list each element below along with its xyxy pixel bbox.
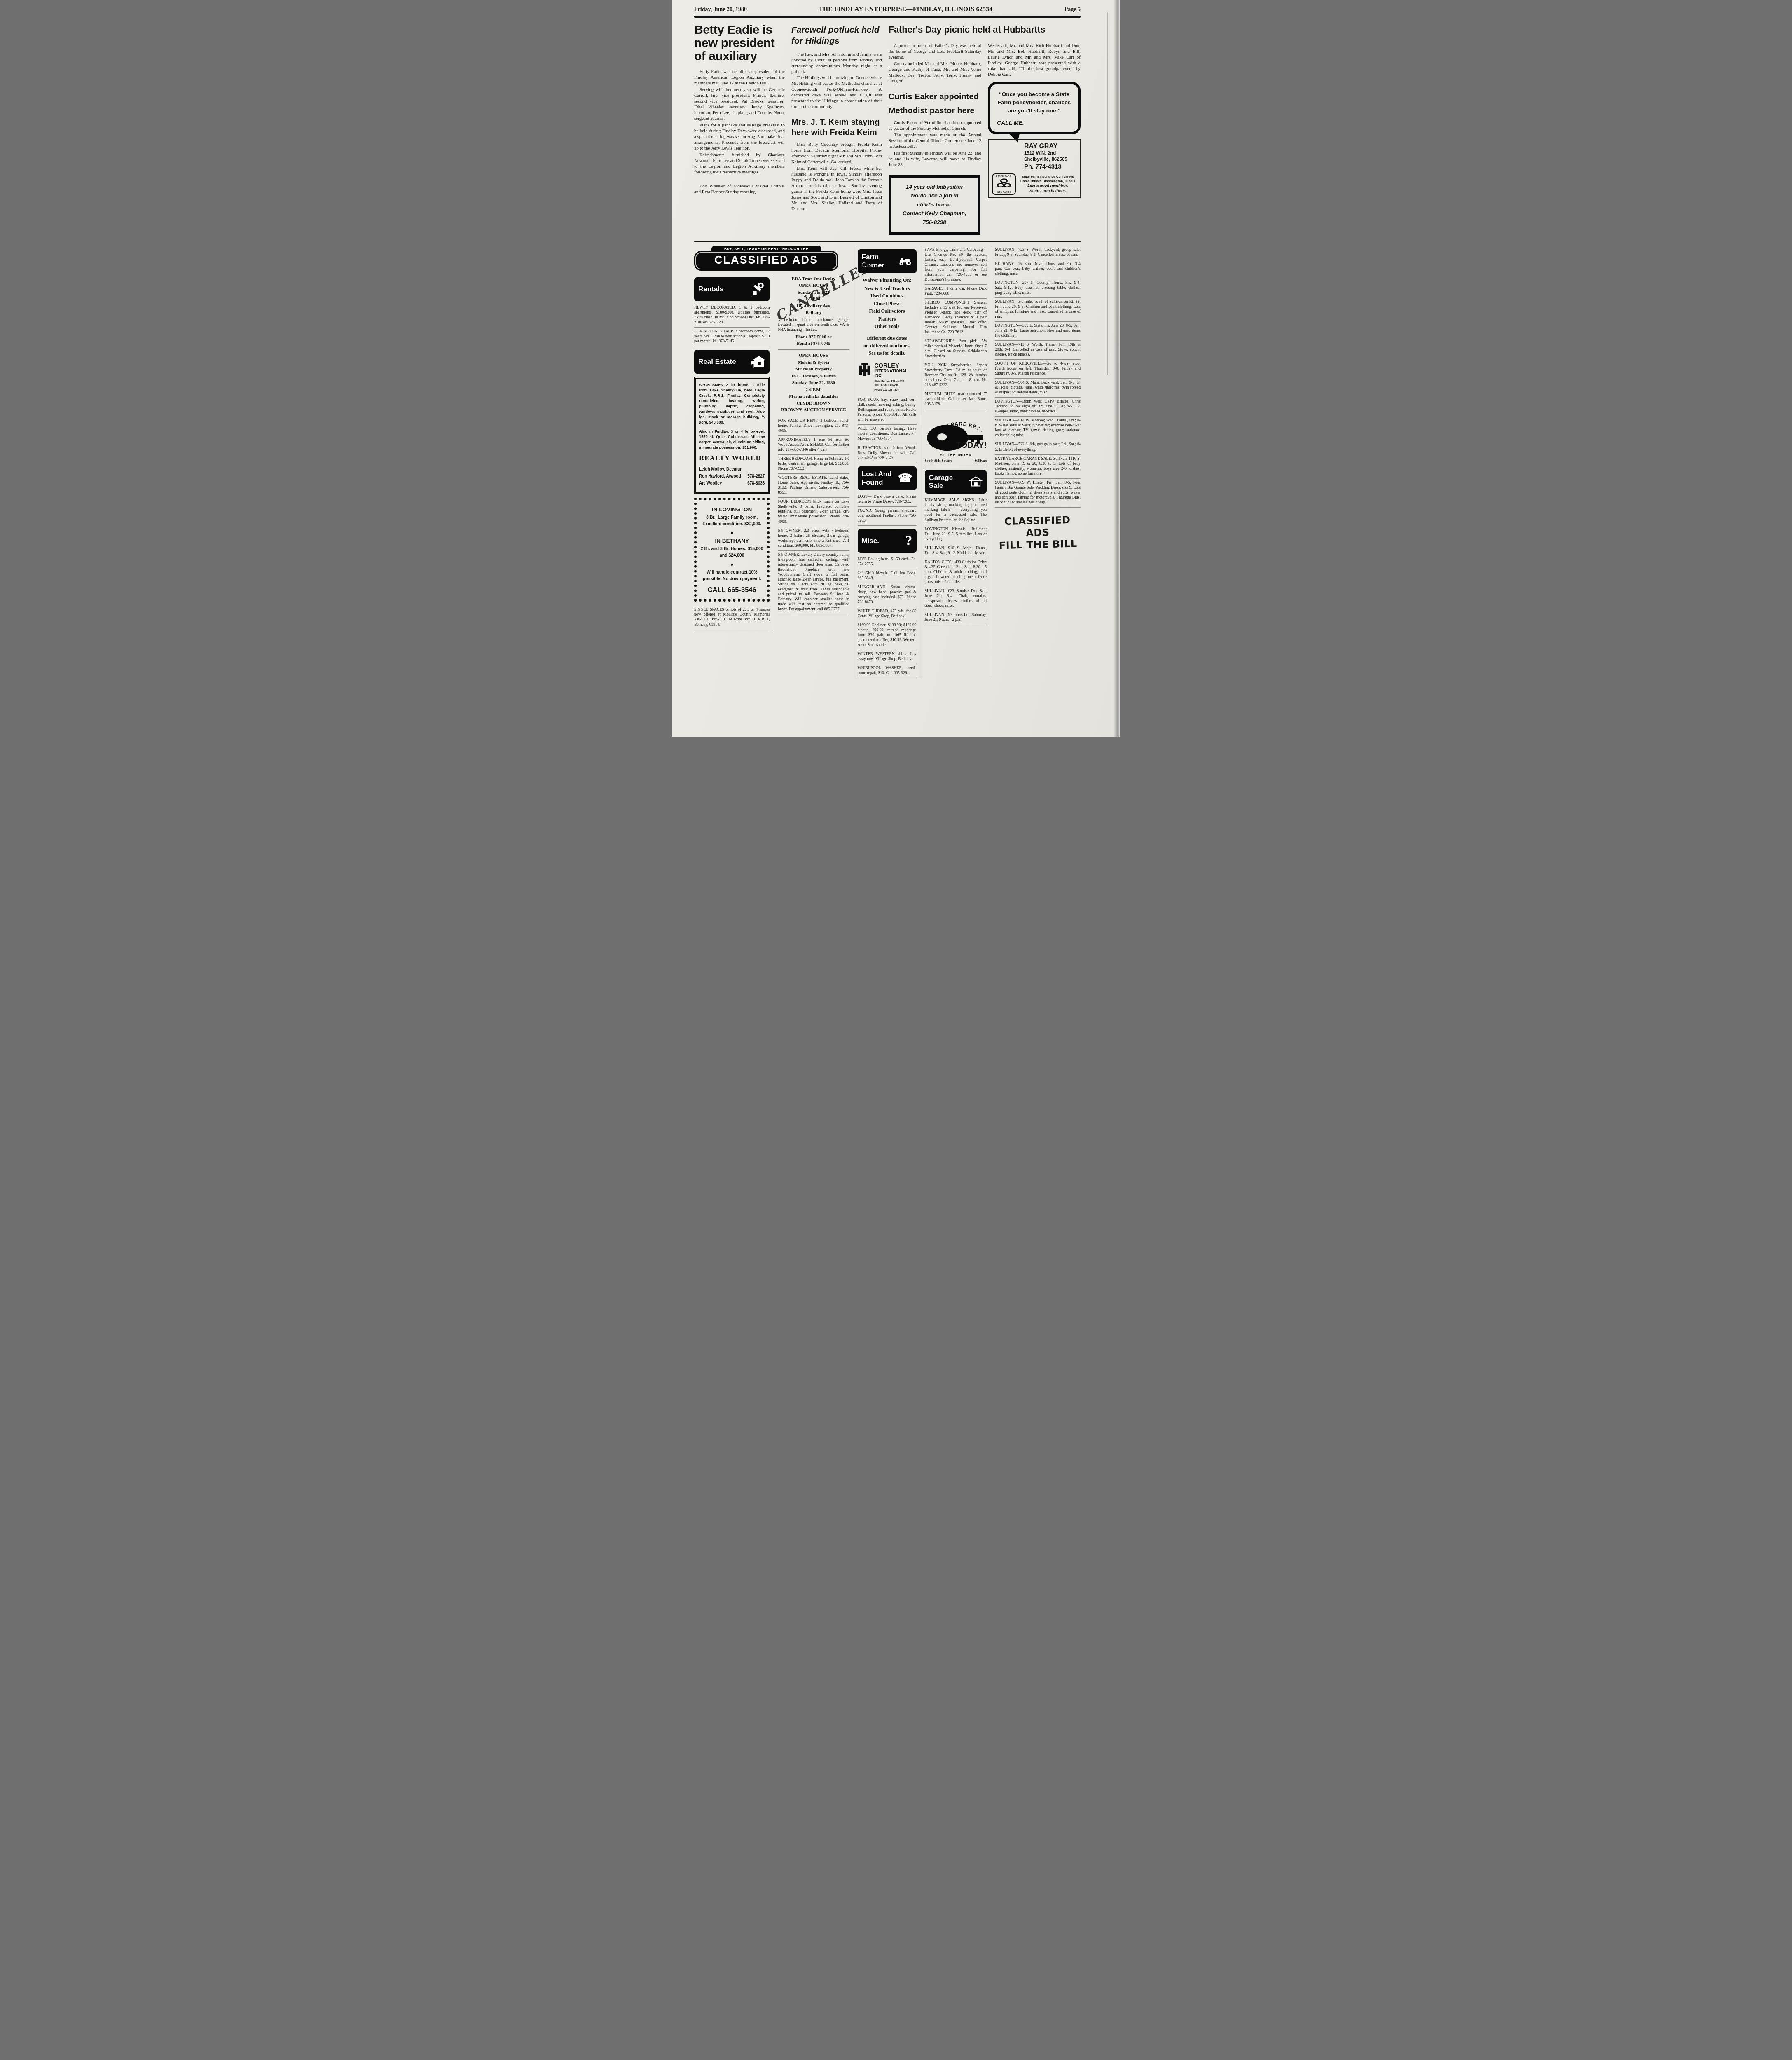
- slogan-line: Like a good neighbor,: [1019, 183, 1076, 189]
- classified-ad: SULLIVAN—522 S. 6th, garage in rear; Fri…: [995, 440, 1081, 454]
- eaker-headline-line2: Methodist pastor here: [889, 106, 981, 116]
- classified-ad: BY OWNER: 2.3 acres with 4-bedroom home,…: [778, 527, 849, 551]
- waiver-item: Field Cultivators: [858, 307, 917, 315]
- lovington-text: 3 Br., Large Family room. Excellent cond…: [700, 515, 763, 528]
- betty-eadie-article: Betty Eadie is new president of auxiliar…: [694, 23, 785, 235]
- picnic-eaker-columns: Father's Day picnic held at Hubbartts A …: [889, 23, 1081, 235]
- bethany-text: 2 Br. and 3 Br. Homes. $15,000 and $24,0…: [700, 546, 763, 559]
- open-house-line: BROWN'S AUCTION SERVICE: [778, 407, 849, 414]
- corley-address-line: SULLIVAN ILLINOIS: [874, 384, 916, 388]
- corley-name: CORLEY: [874, 363, 916, 369]
- babysitter-phone: 756-8298: [894, 218, 975, 227]
- contract-text: Will handle contract 10% possible. No do…: [700, 569, 763, 583]
- header-date: Friday, June 20, 1980: [694, 7, 747, 13]
- keim-headline: Mrs. J. T. Keim staying here with Freida…: [791, 117, 882, 138]
- garage-sale-banner: Garage Sale: [925, 470, 987, 494]
- classified-ad: FOR SALE OR RENT: 3 bedroom ranch home, …: [778, 417, 849, 436]
- picnic-right-column: Westervelt, Mr. and Mrs. Rich Hubbartt a…: [988, 43, 1081, 235]
- classified-ad: DALTON CITY—430 Christine Drive & 435 Gr…: [925, 558, 987, 587]
- house-sold-icon: [750, 355, 765, 368]
- agent-name: Ron Hayford, Atwood: [699, 474, 741, 479]
- real-estate-banner: Real Estate: [694, 350, 770, 374]
- stricklan-open-house-ad: OPEN HOUSE Melvin & Sylvia Stricklan Pro…: [778, 350, 849, 417]
- agent-row: Leigh Molloy, Decatur: [699, 467, 765, 472]
- classified-ad: LOVINGTON. SHARP. 3 bedroom home, 17 yea…: [694, 328, 770, 346]
- waiver-item: Chisel Plows: [858, 300, 917, 308]
- classified-ad: SLINGERLAND Snare drums, sharp, new head…: [858, 583, 917, 607]
- news-paragraph: A picnic in honor of Father's Day was he…: [889, 43, 981, 61]
- farewell-headline: Farewell potluck held for Hildings: [791, 24, 882, 47]
- classified-ad: LOVINGTON—Kiwanis Building; Fri., June 2…: [925, 525, 987, 544]
- fill-bill-line: CLASSIFIED ADS: [994, 514, 1081, 540]
- era-line: Bethany: [778, 309, 849, 316]
- classified-ad: $169.99 Recliner, $139.99; $139.99 dinet…: [858, 621, 917, 650]
- classified-ad: H TRACTOR with 6 foot Woods Bros. Delly …: [858, 444, 917, 463]
- classified-ad: SULLIVAN—97 Pifers Ln.; Saturday, June 2…: [925, 611, 987, 625]
- page-content: Friday, June 20, 1980 THE FINDLAY ENTERP…: [672, 0, 1120, 689]
- classified-column-1: Rentals NEWLY DECORATED. 1 & 2 bedr: [694, 274, 770, 630]
- waiver-title: Waiver Financing On:: [858, 277, 917, 283]
- agent-row: Art Woolley 678-8033: [699, 481, 765, 486]
- classified-column-3: Farm Corner Waiver: [854, 246, 917, 679]
- agent-phone: Ph. 774-4313: [1024, 163, 1076, 170]
- garage-house-icon: [969, 475, 983, 488]
- bullet-separator: ●: [700, 561, 763, 567]
- agent-address-line: Shelbyville, Il62565: [1024, 157, 1076, 163]
- tri-oval-icon: [995, 177, 1013, 189]
- news-paragraph: Mrs. Keim will stay with Freida while he…: [791, 166, 882, 212]
- classified-left-block: BUY, SELL, TRADE OR RENT THROUGH THE CLA…: [694, 246, 849, 679]
- classified-ad: BETHANY—15 Elm Drive; Thurs. and Fri., 9…: [995, 260, 1081, 279]
- corley-address-line: State Routes 121 and 32: [874, 380, 916, 384]
- findlay-ad-text: Also in Findlay. 3 or 4 br bi-level. 155…: [699, 429, 765, 450]
- classified-ad: NEWLY DECORATED. 1 & 2 bedroom apartment…: [694, 304, 770, 328]
- lost-ad: LOST— Dark brown cane. Please return to …: [858, 493, 917, 507]
- masthead-tagline: BUY, SELL, TRADE OR RENT THROUGH THE: [711, 246, 821, 252]
- classified-ad: EXTRA LARGE GARAGE SALE: Sullivan, 1116 …: [995, 455, 1081, 479]
- section-divider-rule: [694, 241, 1081, 242]
- open-house-line: 16 E. Jackson, Sullivan: [778, 373, 849, 380]
- agent-phone: 578-2827: [747, 474, 765, 479]
- newspaper-masthead: THE FINDLAY ENTERPRISE—FINDLAY, ILLINOIS…: [819, 6, 993, 13]
- classified-ad: SULLIVAN—910 S. Main; Thurs., Fri., 8-4;…: [925, 544, 987, 558]
- waiver-note: See us for details.: [858, 349, 917, 357]
- classified-ad: SULLIVAN—904 S. Main, Back yard; Sat.; 9…: [995, 379, 1081, 398]
- agent-name: Art Woolley: [699, 481, 722, 486]
- eaker-headline: Curtis Eaker appointed Methodist pastor …: [889, 92, 981, 116]
- open-house-line: CLYDE BROWN: [778, 400, 849, 407]
- realty-world-brand: REALTY WORLD: [699, 454, 765, 462]
- slogan-line: State Farm is there.: [1019, 189, 1076, 194]
- classified-column-2: ERA Tract One Realty OPEN HOUSE Sunday, …: [774, 274, 849, 630]
- open-house-line: OPEN HOUSE: [778, 352, 849, 359]
- farm-corner-banner: Farm Corner: [858, 249, 917, 273]
- classified-ad: SULLIVAN—3½ miles south of Sullivan on R…: [995, 298, 1081, 322]
- waiver-item: Planters: [858, 315, 917, 323]
- news-paragraph: Miss Betty Coventry brought Freida Keim …: [791, 142, 882, 165]
- classified-ad: YOU PICK Strawberries. Sapp's Strawberry…: [925, 361, 987, 390]
- news-paragraph: Westervelt, Mr. and Mrs. Rich Hubbartt a…: [988, 43, 1081, 78]
- babysitter-ad: 14 year old babysitter would like a job …: [889, 175, 980, 235]
- lost-and-found-banner-label: Lost And Found: [862, 470, 896, 486]
- classified-ad: WHITE THREAD, 475 yds. for 89 Cents. Vil…: [858, 607, 917, 621]
- lost-and-found-banner: Lost And Found ☎: [858, 466, 917, 490]
- call-number: CALL 665-3546: [700, 586, 763, 594]
- era-open-house-ad: ERA Tract One Realty OPEN HOUSE Sunday, …: [778, 274, 849, 350]
- misc-banner: Misc. ?: [858, 529, 917, 553]
- misc-banner-label: Misc.: [862, 537, 880, 545]
- agent-address-line: 1512 W.N. 2nd: [1024, 150, 1076, 157]
- classified-ad: THREE BEDROOM. Home in Sullivan. 1½ bath…: [778, 455, 849, 474]
- realty-world-ad: SPORTSMEN 3 br home, 1 mile from Lake Sh…: [695, 378, 769, 493]
- company-line: State Farm Insurance Companies: [1019, 174, 1076, 179]
- era-body-text: 3 bedroom home, mechanics garage. Locate…: [778, 318, 849, 332]
- classified-ad: WOOTERS REAL ESTATE. Land Sales, Home Sa…: [778, 474, 849, 498]
- page-header: Friday, June 20, 1980 THE FINDLAY ENTERP…: [694, 6, 1081, 13]
- rentals-banner: Rentals: [694, 277, 770, 301]
- news-paragraph: Plans for a pancake and sausage breakfas…: [694, 123, 785, 152]
- classified-ad: SAVE Energy, Time and Carpeting—Use Chem…: [925, 246, 987, 285]
- state-farm-quote: “Once you become a State Farm policyhold…: [994, 90, 1075, 115]
- classified-ad: SULLIVAN—723 S. Worth, backyard, group s…: [995, 246, 1081, 260]
- waiver-note: on different machines.: [858, 342, 917, 349]
- open-house-line: Myrna Jedlicka daughter: [778, 393, 849, 400]
- waiver-item: New & Used Tractors: [858, 285, 917, 293]
- classified-ad: SULLIVAN—623 Sunrise Dr.; Sat., June 21;…: [925, 587, 987, 611]
- call-me-text: CALL ME.: [997, 119, 1075, 126]
- news-paragraph: His first Sunday in Findlay will be June…: [889, 151, 981, 168]
- key-ad-left-text: South Side Square: [925, 459, 952, 463]
- news-paragraph: Guests included Mr. and Mrs. Morris Hubb…: [889, 61, 981, 84]
- newspaper-page: Friday, June 20, 1980 THE FINDLAY ENTERP…: [672, 0, 1120, 737]
- classified-section: BUY, SELL, TRADE OR RENT THROUGH THE CLA…: [694, 246, 1081, 679]
- agent-name: Leigh Molloy, Decatur: [699, 467, 742, 472]
- classified-ad: 24" Girl's bicycle. Call Joe Bone, 665-3…: [858, 569, 917, 583]
- classified-column-4: SAVE Energy, Time and Carpeting—Use Chem…: [921, 246, 987, 679]
- question-mark-icon: ?: [905, 535, 912, 546]
- news-paragraph: Refreshments furnished by Charlotte Newm…: [694, 152, 785, 176]
- waiver-item: Used Combines: [858, 292, 917, 300]
- classified-ad: SULLIVAN—711 S. Worth, Thurs., Fri., 19t…: [995, 341, 1081, 360]
- classified-ad: SULLIVAN—809 W. Hunter, Fri., Sat., 8-5.…: [995, 479, 1081, 508]
- state-farm-logo-icon: STATE FARM: [992, 173, 1016, 195]
- key-ad-right-text: Sullivan: [974, 459, 987, 463]
- picnic-headline: Father's Day picnic held at Hubbartts: [889, 24, 1081, 35]
- waiver-financing-ad: Waiver Financing On: New & Used Tractors…: [858, 276, 917, 361]
- in-lovington-ad: IN LOVINGTON 3 Br., Large Family room. E…: [694, 498, 770, 602]
- classified-ad: BY OWNER: Lovely 2-story country home, l…: [778, 551, 849, 614]
- fill-bill-line: FILL THE BILL: [995, 538, 1081, 552]
- found-ad: FOUND: Young german shephard dog, southe…: [858, 507, 917, 526]
- babysitter-ad-line: child's home.: [894, 200, 975, 209]
- corley-address-line: Phone 217 728 7364: [874, 388, 916, 392]
- era-line: OPEN HOUSE: [778, 282, 849, 289]
- open-house-line: 2-4 P.M.: [778, 386, 849, 393]
- tractor-icon: [898, 255, 912, 267]
- babysitter-ad-line: 14 year old babysitter: [894, 183, 975, 192]
- open-house-line: Stricklan Property: [778, 366, 849, 373]
- classified-ad: LOVINGTON—Bolin West Okaw Estates, Chris…: [995, 398, 1081, 417]
- classified-ad: SOUTH OF KIRKSVILLE—Go to 4-way stop, fo…: [995, 360, 1081, 379]
- ih-logo-icon: [858, 363, 872, 377]
- farewell-keim-column: Farewell potluck held for Hildings The R…: [791, 23, 882, 235]
- classified-ad: FOR YOUR hay, straw and corn stalk needs…: [858, 396, 917, 425]
- lovington-heading: IN LOVINGTON: [700, 506, 763, 513]
- news-paragraph: The Hildings will be moving to Oconee wh…: [791, 75, 882, 110]
- classified-ad: GARAGES, 1 & 2 car. Phone Dick Piatt, 72…: [925, 285, 987, 299]
- classified-ads-title: CLASSIFIED ADS: [694, 251, 838, 271]
- agent-phone: 678-8033: [747, 481, 765, 486]
- logo-sublabel: INSURANCE: [993, 191, 1015, 193]
- classified-ad: WINTER WESTERN shirts. Lay away now. Vil…: [858, 650, 917, 664]
- today-text: TODAY!: [925, 441, 987, 450]
- garage-sale-banner-label: Garage Sale: [929, 474, 966, 490]
- bethany-heading: IN BETHANY: [700, 538, 763, 544]
- classified-ad: LOVINGTON—207 N. County; Thurs., Fri., 9…: [995, 279, 1081, 298]
- social-note: Bob Wheeler of Moweaqua visited Cratous …: [694, 184, 785, 195]
- classified-ad: LOVINGTON—300 E. State. Fri. June 20, 8-…: [995, 322, 1081, 341]
- corley-name2: INTERNATIONAL INC.: [874, 369, 916, 378]
- news-section: Betty Eadie is new president of auxiliar…: [694, 23, 1081, 235]
- era-phone: Phone 877-5900 or: [778, 334, 849, 341]
- telephone-icon: ☎: [898, 473, 912, 484]
- classified-ad: WILL DO custom baling. Have mower condit…: [858, 425, 917, 444]
- classified-ad: RUMMAGE SALE SIGNS. Price labels, string…: [925, 496, 987, 525]
- waiver-item: Other Tools: [858, 323, 917, 330]
- news-paragraph: Betty Eadie was installed as president o…: [694, 69, 785, 87]
- classified-masthead: BUY, SELL, TRADE OR RENT THROUGH THE CLA…: [694, 246, 838, 271]
- corley-international-ad: CORLEY INTERNATIONAL INC. State Routes 1…: [858, 361, 917, 396]
- classified-column-5: SULLIVAN—723 S. Worth, backyard, group s…: [991, 246, 1081, 679]
- news-paragraph: Serving with her next year will be Gertr…: [694, 87, 785, 122]
- open-house-line: Melvin & Sylvia: [778, 359, 849, 366]
- real-estate-banner-label: Real Estate: [698, 358, 736, 366]
- news-paragraph: The appointment was made at the Annual S…: [889, 133, 981, 150]
- babysitter-ad-line: Contact Kelly Chapman,: [894, 209, 975, 218]
- corley-address: State Routes 121 and 32 SULLIVAN ILLINOI…: [874, 380, 916, 392]
- farm-corner-banner-label: Farm Corner: [862, 253, 896, 269]
- betty-eadie-headline: Betty Eadie is new president of auxiliar…: [694, 23, 785, 63]
- state-farm-agent-box: RAY GRAY 1512 W.N. 2nd Shelbyville, Il62…: [988, 139, 1081, 198]
- babysitter-ad-line: would like a job in: [894, 191, 975, 200]
- picnic-left-column: A picnic in honor of Father's Day was he…: [889, 43, 981, 235]
- at-the-index-text: AT THE INDEX: [925, 453, 987, 457]
- classified-ads-fill-the-bill: CLASSIFIED ADS FILL THE BILL: [994, 514, 1081, 552]
- state-farm-ad: “Once you become a State Farm policyhold…: [988, 82, 1081, 198]
- company-line: Home Offices Bloomington, Illinois: [1019, 179, 1076, 183]
- agent-row: Ron Hayford, Atwood 578-2827: [699, 474, 765, 479]
- rentals-banner-label: Rentals: [698, 285, 723, 293]
- speech-bubble: “Once you become a State Farm policyhold…: [988, 82, 1081, 134]
- classified-ad: APPROXIMATELY 1 acre lot near Bo Wood Ac…: [778, 436, 849, 455]
- classified-ad: WHIRLPOOL WASHER, needs some repair, $10…: [858, 664, 917, 678]
- classified-ad: STEREO COMPONENT System. Includes a 15 w…: [925, 299, 987, 337]
- sportsmen-ad-text: SPORTSMEN 3 br home, 1 mile from Lake Sh…: [699, 382, 765, 425]
- era-line: ERA Tract One Realty: [778, 276, 849, 283]
- classified-ad: SULLIVAN—814 W. Monroe; Wed., Thurs., Fr…: [995, 417, 1081, 440]
- agent-name: RAY GRAY: [1024, 143, 1076, 150]
- classified-ad: LIVE Baking hens. $1.50 each. Ph. 874-27…: [858, 555, 917, 569]
- classified-ad: STRAWBERRIES. You pick. 5½ miles north o…: [925, 337, 987, 361]
- era-line: 2-5 P.M.: [778, 296, 849, 303]
- eaker-headline-line1: Curtis Eaker appointed: [889, 92, 981, 102]
- era-phone: Bond at 875-0745: [778, 341, 849, 347]
- classified-ad: FOUR BEDROOM brick ranch on Lake Shelbyv…: [778, 498, 849, 527]
- era-line: Sunday, June 22: [778, 289, 849, 296]
- classified-ad: MEDIUM DUTY rear mounted 7' tractor blad…: [925, 390, 987, 409]
- key-icon: [751, 282, 765, 297]
- classified-ad: SINGLE SPACES or lots of 2, 3 or 4 space…: [694, 606, 770, 630]
- header-rule: [694, 16, 1081, 18]
- news-paragraph: The Rev. and Mrs. Al Hilding and family …: [791, 52, 882, 75]
- open-house-line: Sunday, June 22, 1980: [778, 379, 849, 386]
- header-page-number: Page 5: [1064, 7, 1081, 13]
- waiver-note: Different due dates: [858, 335, 917, 342]
- era-line: 115 Auxiliary Ave.: [778, 303, 849, 310]
- news-paragraph: Curtis Eaker of Vermillion has been appo…: [889, 120, 981, 132]
- spare-key-ad: GET A SPARE KEY . . . TODAY! AT THE INDE…: [925, 413, 987, 466]
- bullet-separator: ●: [700, 529, 763, 536]
